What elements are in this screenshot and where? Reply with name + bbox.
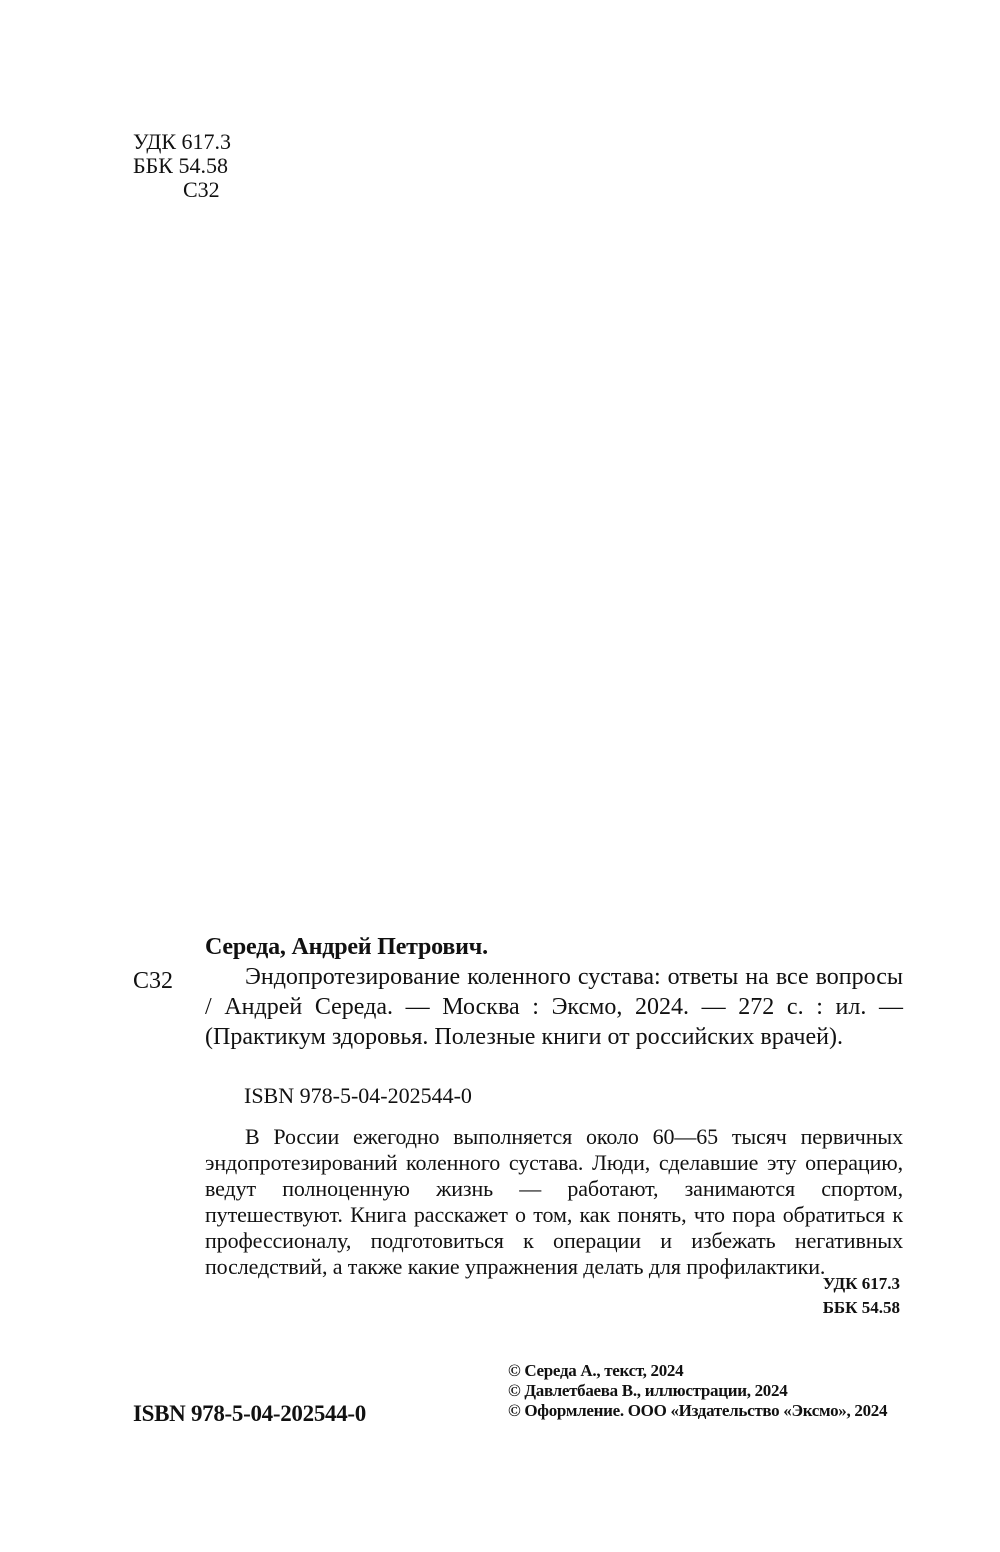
isbn-bottom: ISBN 978-5-04-202544-0 (133, 1400, 366, 1428)
isbn-record: ISBN 978-5-04-202544-0 (244, 1083, 472, 1109)
bibliographic-description: Эндопротезирование коленного сустава: от… (205, 962, 903, 1052)
copyright-illustrations: © Давлетбаева В., иллюстрации, 2024 (508, 1381, 887, 1401)
copyright-design: © Оформление. ООО «Издательство «Эксмо»,… (508, 1401, 887, 1421)
annotation-text: В России ежегодно выполняется около 60—6… (205, 1124, 903, 1280)
classification-codes-top: УДК 617.3 ББК 54.58 С32 (133, 130, 231, 202)
bbk-code: ББК 54.58 (133, 154, 231, 178)
author-mark: С32 (133, 178, 231, 202)
udk-code: УДК 617.3 (133, 130, 231, 154)
author-heading: Середа, Андрей Петрович. (205, 932, 488, 962)
copyright-text: © Середа А., текст, 2024 (508, 1361, 887, 1381)
author-mark-code: С32 (133, 966, 173, 996)
bbk-code-bottom: ББК 54.58 (823, 1296, 900, 1320)
classification-codes-bottom: УДК 617.3 ББК 54.58 (823, 1272, 900, 1320)
copyright-block: © Середа А., текст, 2024 © Давлетбаева В… (508, 1361, 887, 1421)
udk-code-bottom: УДК 617.3 (823, 1272, 900, 1296)
